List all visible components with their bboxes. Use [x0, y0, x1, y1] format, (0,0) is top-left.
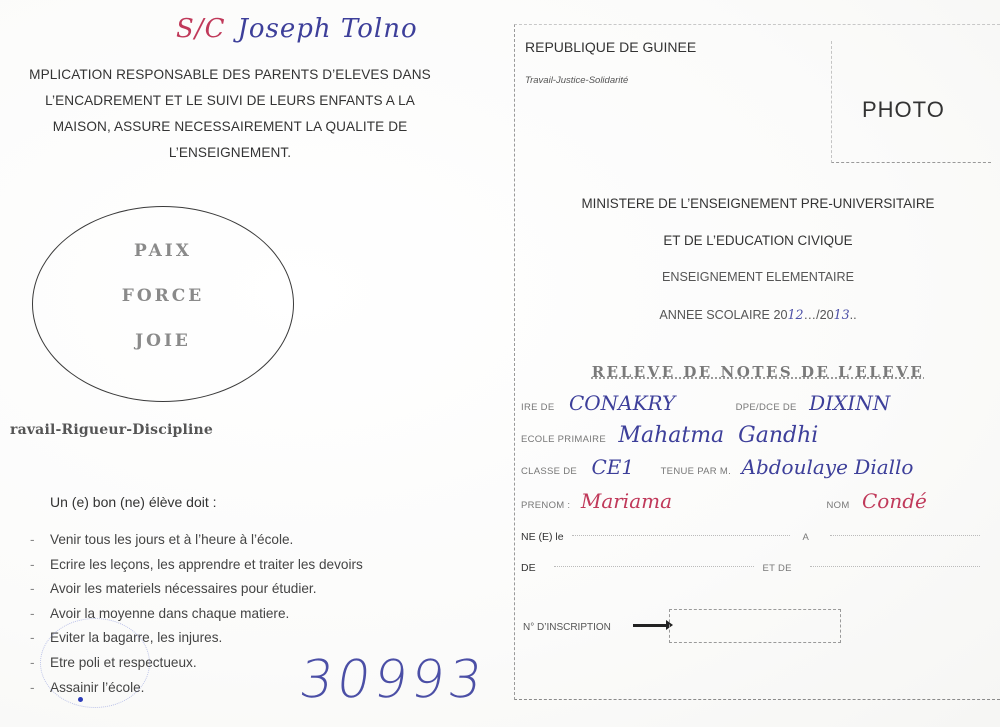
motto-line: L’ENSEIGNEMENT. [16, 140, 444, 166]
born-field[interactable] [572, 535, 790, 536]
motto-line: MAISON, ASSURE NECESSAIREMENT LA QUALITE… [16, 114, 444, 140]
photo-placeholder: PHOTO [831, 41, 991, 163]
rules-title: Un (e) bon (ne) élève doit : [50, 494, 217, 510]
class-label: CLASSE DE [521, 466, 577, 477]
photo-label: PHOTO [862, 97, 945, 123]
signature-prefix: S/C [176, 14, 225, 44]
teacher-value: Abdoulaye Diallo [742, 455, 914, 479]
birthplace-label: A [803, 532, 810, 543]
birthplace-field[interactable] [830, 535, 980, 536]
school-year-start: 12 [787, 307, 803, 322]
school-label: ECOLE PRIMAIRE [521, 434, 606, 445]
inscription-number-box[interactable] [669, 609, 841, 643]
dpe-label: DPE/DCE DE [736, 402, 797, 413]
field-row-class: CLASSE DE CE1 TENUE PAR M. Abdoulaye Dia… [521, 455, 913, 479]
rule-item: -Avoir les materiels nécessaires pour ét… [30, 577, 363, 602]
scanned-report-card: S/CJoseph Tolno MPLICATION RESPONSABLE D… [0, 0, 1000, 727]
mother-label: ET DE [763, 563, 792, 574]
father-field[interactable] [554, 566, 754, 567]
rule-item: -Ecrire les leçons, les apprendre et tra… [30, 553, 363, 578]
rule-item: -Venir tous les jours et à l’heure à l’é… [30, 528, 363, 553]
emblem-word: PAIX [33, 241, 293, 286]
firstname-label: PRENOM : [521, 500, 570, 511]
parent-involvement-motto: MPLICATION RESPONSABLE DES PARENTS D’ELE… [16, 62, 444, 166]
ink-dot [78, 697, 83, 702]
ire-value: CONAKRY [569, 391, 675, 415]
document-title: RELEVE DE NOTES DE L’ELEVE [515, 363, 1000, 381]
ire-label: IRE DE [521, 402, 554, 413]
signature-name: Joseph Tolno [237, 14, 417, 44]
national-motto: Travail-Justice-Solidarité [525, 75, 628, 86]
emblem-words: PAIX FORCE JOIE [33, 241, 293, 376]
emblem-word: FORCE [33, 286, 293, 331]
firstname-value: Mariama [581, 489, 672, 513]
field-row-ire: IRE DE CONAKRY DPE/DCE DE DIXINN [521, 391, 890, 415]
ministry-header: MINISTERE DE L’ENSEIGNEMENT PRE-UNIVERSI… [515, 185, 1000, 334]
born-label: NE (E) le [521, 531, 564, 543]
front-cover: REPUBLIQUE DE GUINEE Travail-Justice-Sol… [514, 24, 1000, 700]
father-label: DE [521, 562, 536, 574]
field-row-birth: NE (E) le A [521, 527, 980, 545]
motto-line: MPLICATION RESPONSABLE DES PARENTS D’ELE… [16, 62, 444, 88]
lastname-value: Condé [862, 489, 927, 513]
field-row-parents: DE ET DE [521, 558, 980, 576]
emblem-oval: PAIX FORCE JOIE [32, 206, 294, 402]
arrow-right-icon [633, 624, 667, 627]
class-value: CE1 [591, 455, 634, 479]
handwritten-signature: S/CJoseph Tolno [176, 14, 418, 44]
lastname-label: NOM [826, 500, 849, 511]
inscription-label: N° D’INSCRIPTION [523, 622, 611, 633]
dpe-value: DIXINN [809, 391, 890, 415]
education-level: ENSEIGNEMENT ELEMENTAIRE [515, 259, 1000, 296]
ministry-line-2: ET DE L’EDUCATION CIVIQUE [515, 222, 1000, 259]
field-row-school: ECOLE PRIMAIRE Mahatma Gandhi [521, 423, 818, 448]
school-year-end: 13 [834, 307, 850, 322]
field-row-name: PRENOM : Mariama NOM Condé [521, 489, 927, 513]
motto-line: L’ENCADREMENT ET LE SUIVI DE LEURS ENFAN… [16, 88, 444, 114]
emblem-word: JOIE [33, 331, 293, 376]
discipline-motto: ravail-Rigueur-Discipline [10, 422, 213, 438]
country-heading: REPUBLIQUE DE GUINEE [525, 39, 696, 55]
back-cover: S/CJoseph Tolno MPLICATION RESPONSABLE D… [0, 0, 500, 727]
ministry-line-1: MINISTERE DE L’ENSEIGNEMENT PRE-UNIVERSI… [515, 185, 1000, 222]
handwritten-reference-number: 30993 [296, 650, 490, 710]
faded-stamp [40, 618, 150, 708]
teacher-label: TENUE PAR M. [661, 466, 731, 477]
mother-field[interactable] [810, 566, 980, 567]
school-year: ANNEE SCOLAIRE 2012…/2013.. [515, 296, 1000, 334]
school-value: Mahatma Gandhi [618, 423, 818, 448]
